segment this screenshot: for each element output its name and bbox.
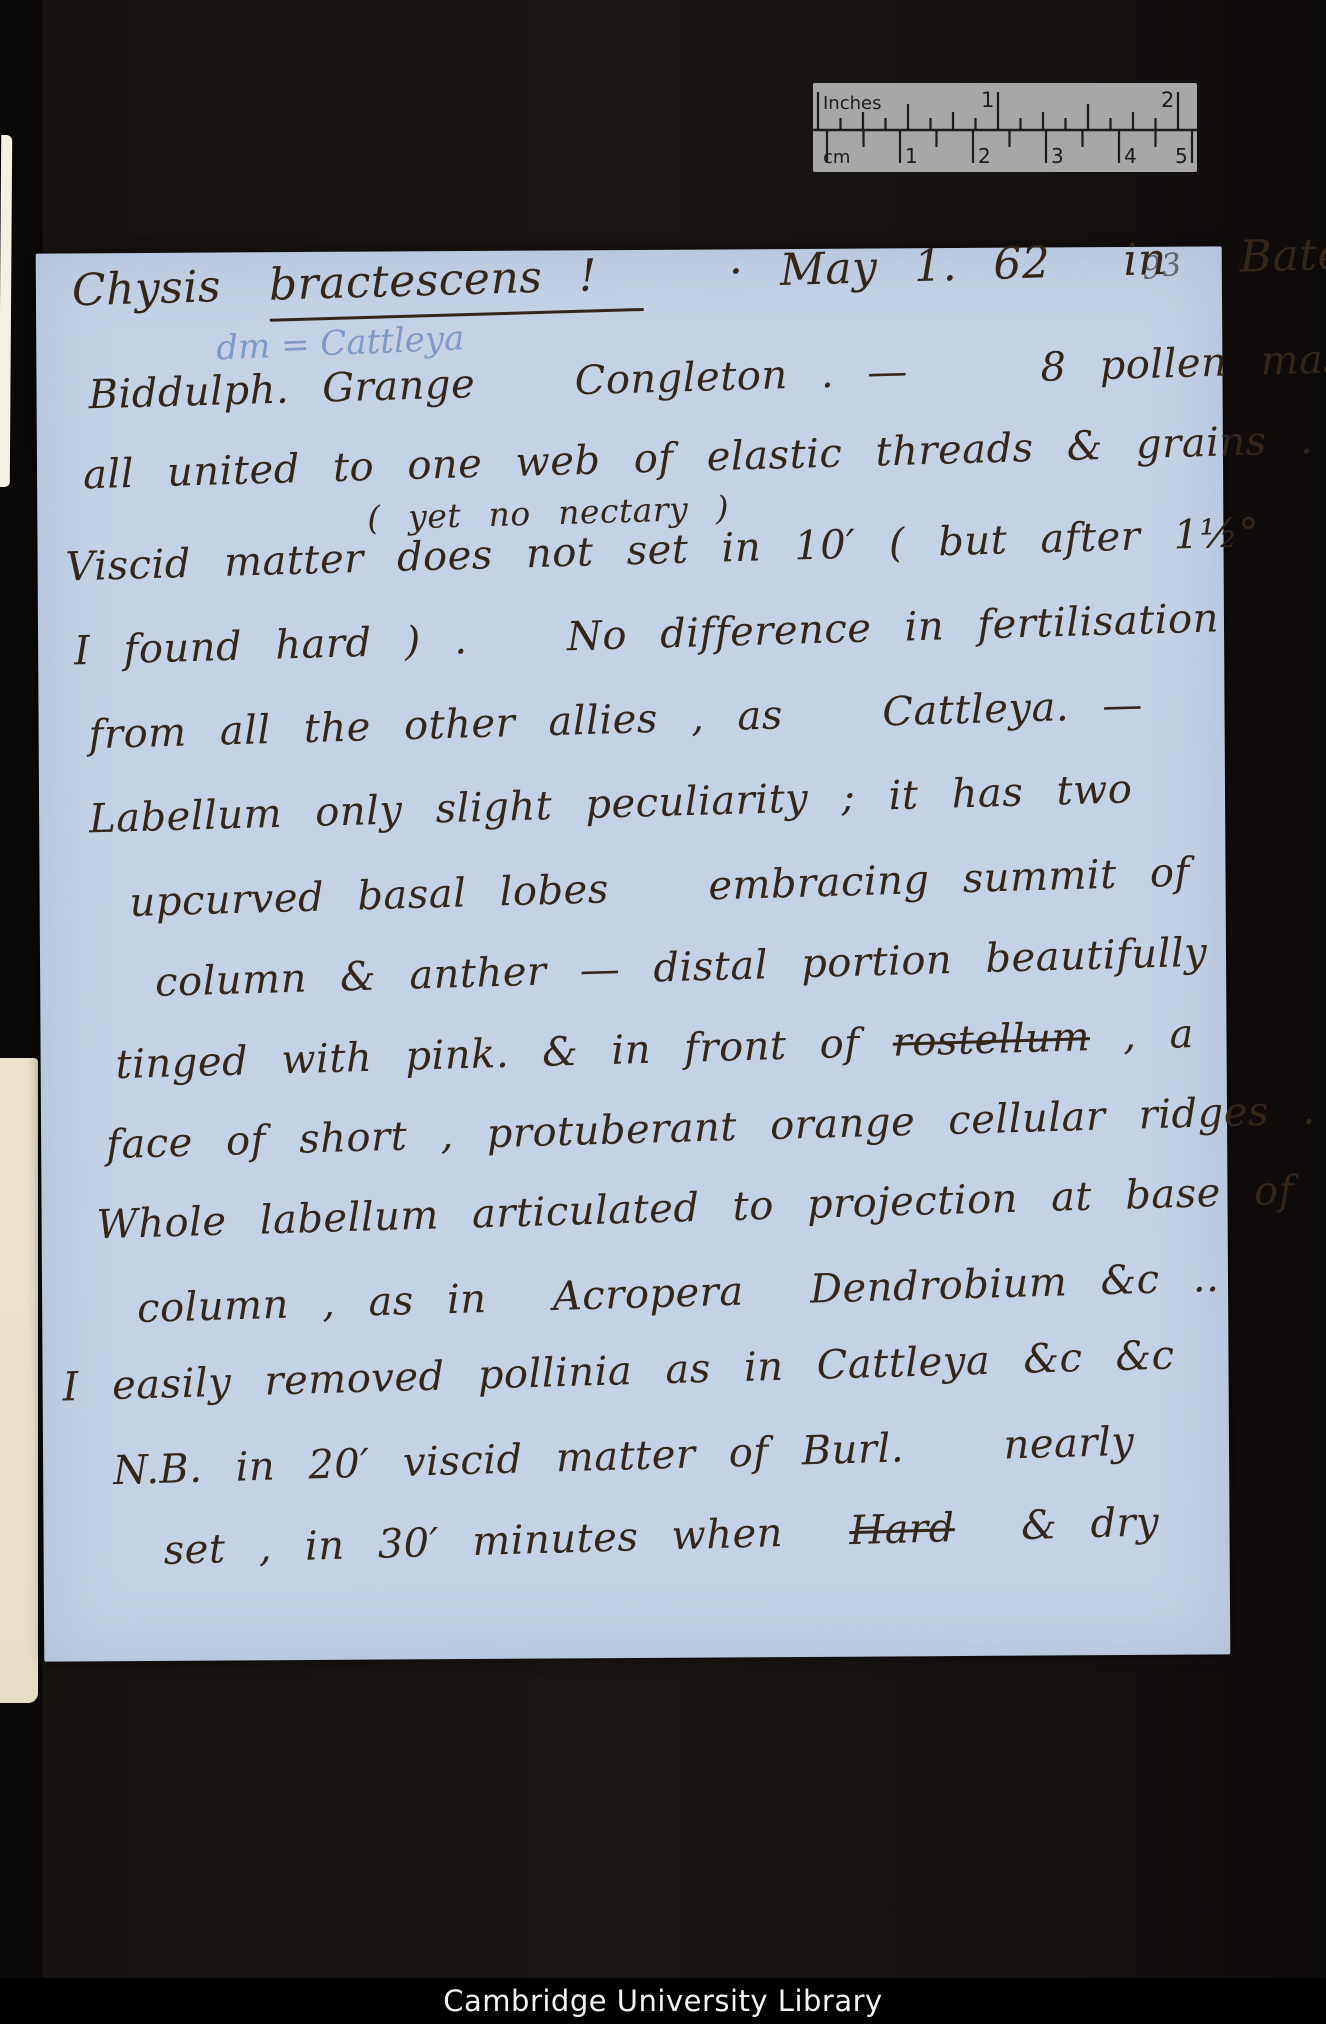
line-text: , a [1089, 1011, 1194, 1060]
line-text: tinged with pink. & in front of [115, 1020, 893, 1088]
manuscript-line: face of short , protuberant orange cellu… [106, 1090, 1316, 1165]
ruler-cm-label: cm [823, 147, 850, 168]
cm-number: 5 [1175, 144, 1188, 168]
ruler-inches-label: Inches [823, 93, 881, 114]
manuscript-line: N.B. in 20′ viscid matter of Burl. nearl… [113, 1422, 1135, 1491]
manuscript-line: column , as in Acropera Dendrobium &c .. [137, 1258, 1220, 1329]
library-caption: Cambridge University Library [443, 1984, 882, 2018]
inch-number: 2 [1161, 88, 1174, 112]
line-text: Whole labellum articulated to projection… [96, 1168, 1295, 1248]
struck-word: rostellum [892, 1014, 1091, 1066]
manuscript-line: all united to one web of elastic threads… [82, 420, 1313, 495]
manuscript-title-line: Chysisbractescens !· May 1. 62 in Batema… [71, 230, 1326, 313]
cm-number: 1 [905, 144, 918, 168]
cm-number: 3 [1051, 144, 1064, 168]
library-caption-bar: Cambridge University Library [0, 1978, 1326, 2024]
underlying-page-edge [0, 1058, 38, 1703]
line-text: upcurved basal lobes embracing summit of [129, 850, 1190, 927]
manuscript-line: from all the other allies , as Cattleya.… [88, 685, 1143, 755]
line-text: from all the other allies , as Cattleya.… [88, 682, 1143, 758]
manuscript-line: Whole labellum articulated to projection… [96, 1171, 1294, 1245]
cm-number: 2 [978, 144, 991, 168]
manuscript-line: column & anther — distal portion beautif… [155, 933, 1208, 1003]
manuscript-line: set , in 30′ minutes when Hard & dry [163, 1502, 1160, 1571]
manuscript-line: I found hard ) . No difference in fertil… [74, 598, 1220, 671]
line-text: N.B. in 20′ viscid matter of Burl. nearl… [112, 1419, 1135, 1494]
species-name-underlined: bractescens ! [268, 249, 644, 322]
blue-pencil-annotation: dm = Cattleya [215, 318, 465, 368]
manuscript-line: I easily removed pollinia as in Cattleya… [62, 1335, 1175, 1407]
date-and-place-note: · May 1. 62 in Bateman [728, 226, 1326, 298]
line-text: & dry [954, 1499, 1160, 1551]
cm-number: 4 [1124, 144, 1137, 168]
line-text: column & anther — distal portion beautif… [155, 930, 1208, 1006]
line-text: I found hard ) . No difference in fertil… [73, 595, 1219, 674]
line-text: I easily removed pollinia as in Cattleya… [62, 1332, 1175, 1410]
line-text: Labellum only slight peculiarity ; it ha… [89, 766, 1133, 842]
struck-word: Hard [849, 1505, 956, 1554]
manuscript-page: 93 Chysisbractescens !· May 1. 62 in Bat… [36, 246, 1231, 1661]
line-text: set , in 30′ minutes when [163, 1508, 850, 1574]
line-text: all united to one web of elastic threads… [82, 417, 1313, 498]
line-text: column , as in Acropera Dendrobium &c .. [136, 1255, 1219, 1332]
line-text: face of short , protuberant orange cellu… [105, 1087, 1315, 1168]
inch-number: 1 [981, 88, 994, 112]
scanned-manuscript-view: Inches cm 1 2 1 2 3 4 5 93 Chysisbractes… [0, 0, 1326, 2024]
manuscript-line: upcurved basal lobes embracing summit of [129, 853, 1190, 924]
adjacent-page-edge [0, 135, 12, 487]
manuscript-line: Labellum only slight peculiarity ; it ha… [89, 769, 1133, 839]
genus-name: Chysis [71, 261, 222, 316]
manuscript-line: tinged with pink. & in front of rostellu… [115, 1014, 1194, 1085]
reference-ruler: Inches cm 1 2 1 2 3 4 5 [813, 83, 1197, 172]
